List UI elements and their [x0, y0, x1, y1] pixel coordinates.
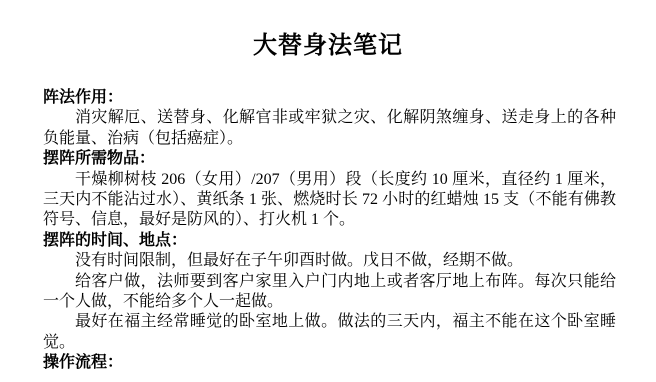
paragraph: 最好在福主经常睡觉的卧室地上做。做法的三天内，福主不能在这个卧室睡觉。: [43, 312, 616, 353]
paragraph: 给客户做，法师要到客户家里入户门内地上或者客厅地上布阵。每次只能给一个人做，不能…: [43, 272, 616, 313]
section-required-items: 摆阵所需物品： 干燥柳树枝 206（女用）/207（男用）段（长度约 10 厘米…: [43, 149, 616, 231]
document-page: 大替身法笔记 阵法作用： 消灾解厄、送替身、化解官非或牢狱之灾、化解阴煞缠身、送…: [0, 0, 656, 382]
paragraph: 消灾解厄、送替身、化解官非或牢狱之灾、化解阴煞缠身、送走身上的各种负能量、治病（…: [43, 108, 616, 149]
section-heading-procedure: 操作流程：: [43, 353, 616, 373]
section-effects: 阵法作用： 消灾解厄、送替身、化解官非或牢狱之灾、化解阴煞缠身、送走身上的各种负…: [43, 88, 616, 149]
section-heading-time-place: 摆阵的时间、地点：: [43, 231, 616, 251]
document-title: 大替身法笔记: [0, 0, 656, 62]
paragraph: 干燥柳树枝 206（女用）/207（男用）段（长度约 10 厘米，直径约 1 厘…: [43, 170, 616, 231]
section-heading-effects: 阵法作用：: [43, 88, 616, 108]
section-procedure: 操作流程：: [43, 353, 616, 373]
document-content: 阵法作用： 消灾解厄、送替身、化解官非或牢狱之灾、化解阴煞缠身、送走身上的各种负…: [43, 88, 616, 374]
section-heading-required-items: 摆阵所需物品：: [43, 149, 616, 169]
paragraph: 没有时间限制，但最好在子午卯酉时做。戊日不做，经期不做。: [43, 251, 616, 271]
section-time-place: 摆阵的时间、地点： 没有时间限制，但最好在子午卯酉时做。戊日不做，经期不做。 给…: [43, 231, 616, 353]
